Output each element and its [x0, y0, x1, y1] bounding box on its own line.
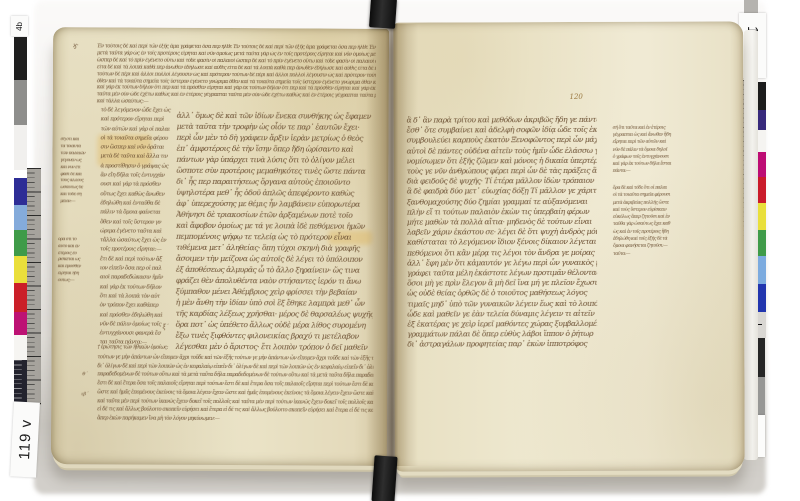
inner-commentary-column: τὸ δὲ λεγόμενον ὧδε ἔχει ὡςκαὶ πρότερον … — [99, 106, 173, 350]
scholion-bottom-heading: † ἐρώτησις τῶν ἠθικῶν ὁμοίως: — [97, 343, 277, 353]
margin-sign: ξ´ — [163, 324, 169, 331]
folio-label-119v-text: 119 v — [15, 419, 34, 460]
strip-top-spacer — [744, 0, 758, 14]
color-patch-yellow — [14, 256, 27, 283]
margin-note-outer-2: ὅρα ὅτι τὸαὐτὸ καὶ ἐνἑτέροις εὑρίσκεται … — [58, 237, 100, 286]
scholion-bottom: τούτων γε μὴν ἁπάντων ὧν εἴπομεν ἄχρι το… — [97, 353, 373, 426]
color-patch-green — [14, 230, 27, 256]
manuscript-scan: 4b 119 v 120 r ϗ· Ἐν τούτοις δὲ καὶ περὶ… — [0, 0, 800, 501]
shelfmark-label: 4b — [11, 16, 28, 36]
scholion-top: Ἐν τούτοις δὲ καὶ περὶ τῶν ἑξῆς ἅμα γράφ… — [97, 43, 376, 107]
ruler-dark-segment — [14, 360, 27, 405]
color-patch-darkblue — [14, 178, 27, 205]
folio-label-119v: 119 v — [10, 401, 40, 477]
grayscale-patch-black — [14, 37, 27, 80]
color-patch-white — [14, 335, 27, 360]
book-gutter-shadow — [366, 24, 418, 466]
ruler-left — [27, 168, 41, 405]
color-patch-magenta — [14, 312, 27, 335]
shelfmark-label-text: 4b — [15, 22, 24, 31]
color-patch-red — [14, 283, 27, 312]
binding-strap-bottom — [371, 455, 397, 501]
color-patch-lightblue — [14, 205, 27, 230]
main-text-left: ἀλλ᾽ ὅμως δὲ καὶ τῶν ἰδίων ἕνεκα συνθήκη… — [175, 110, 373, 354]
grayscale-patch-gray — [14, 80, 27, 125]
main-text-right: ἃ δ᾽ ἂν παρὰ τρίτου καὶ μεθόδων ἀκριβῶς … — [407, 115, 598, 352]
book-fore-edge — [744, 30, 758, 460]
binding-strap-top — [369, 0, 397, 29]
scholion-sign: ϗ· — [73, 42, 79, 49]
grayscale-patch-white — [14, 125, 27, 170]
page-120r: 120 ἃ δ᾽ ἂν παρὰ τρίτου καὶ μεθόδων ἀκρι… — [393, 21, 745, 471]
paragraph-number: θ´ — [82, 371, 88, 377]
page-119v: ϗ· Ἐν τούτοις δὲ καὶ περὶ τῶν ἑξῆς ἅμα γ… — [51, 27, 389, 466]
paragraph-number: ιβ´ — [81, 391, 88, 397]
margin-note-right-2: ὅρα δὲ καὶ τόδε ὅτι οἱ παλαιοὶ τὰ τοιαῦτ… — [613, 185, 699, 259]
margin-note-right-1: σή ὅτι ταῦτα καὶ ἐν ἑτέροιςγέγραπται ὡς … — [613, 125, 697, 176]
folio-number: 120 — [569, 93, 582, 101]
margin-note-outer-1: σή ὅτι καὶτὰ τοιαῦτατῶν παλαιῶνγέγονεν ὡ… — [60, 137, 102, 207]
